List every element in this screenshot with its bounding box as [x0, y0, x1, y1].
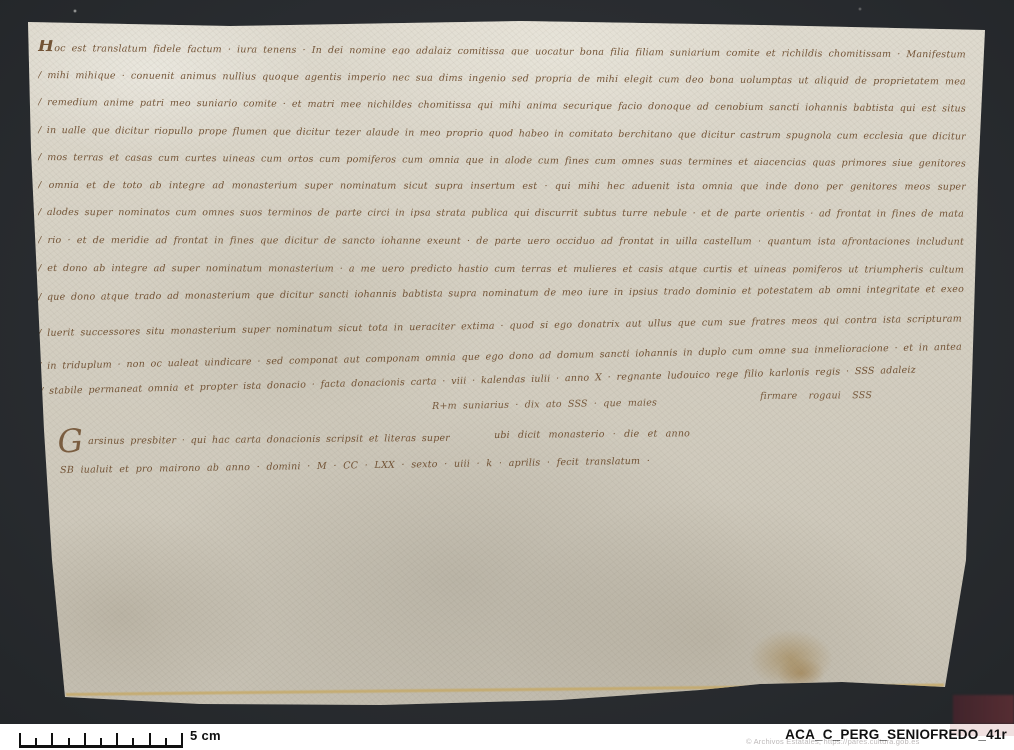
footer-bar: © Archivos Estatales, https://pares.cult… — [0, 724, 1014, 750]
manuscript-line: / que dono atque trado ad monasterium qu… — [38, 284, 964, 304]
scale-tick — [19, 733, 21, 745]
manuscript-line: / in ualle que dicitur riopullo prope fl… — [38, 125, 966, 143]
manuscript-line: Hoc est translatum fidele factum · iura … — [38, 40, 966, 58]
scale-tick — [51, 733, 53, 745]
manuscript-line: / mihi mihique · conuenit animus nullius… — [38, 70, 966, 88]
manuscript-line: / mos terras et casas cum curtes uineas … — [38, 152, 966, 170]
scale-label: 5 cm — [190, 728, 221, 743]
scribe-subscription: arsinus presbiter · qui hac carta donaci… — [88, 433, 450, 448]
red-color-patch — [953, 695, 1014, 724]
scale-tick — [165, 738, 167, 745]
scale-tick — [35, 738, 37, 745]
parchment-document: Hoc est translatum fidele factum · iura … — [0, 0, 1014, 724]
scale-tick — [149, 733, 151, 745]
manuscript-line: / omnia et de toto ab integre ad monaste… — [38, 180, 966, 194]
scale-tick — [116, 733, 118, 745]
scale-tick — [181, 733, 183, 745]
notary-subscription: SB iualuit et pro mairono ab anno · domi… — [60, 456, 650, 477]
manuscript-line: / alodes super nominatos cum omnes suos … — [38, 207, 964, 221]
parchment-bottom-edge — [66, 683, 944, 696]
signature-right: firmare rogaui SSS — [760, 390, 872, 403]
scale-tick — [68, 738, 70, 745]
scribe-note: ubi dicit monasterio · die et anno quod … — [494, 428, 690, 442]
manuscript-line: / remedium anime patri meo suniario comi… — [38, 97, 966, 115]
photo-background: Hoc est translatum fidele factum · iura … — [0, 0, 1014, 724]
scale-tick — [132, 738, 134, 745]
manuscript-line: / luerit successores situ monasterium su… — [38, 313, 962, 340]
signature-line: R+m suniarius · dix ato SSS · que maies … — [432, 397, 657, 413]
manuscript-line: / rio · et de meridie ad frontat in fine… — [38, 235, 964, 249]
scale-tick — [100, 738, 102, 745]
scale-tick — [84, 733, 86, 745]
reference-label: ACA_C_PERG_SENIOFREDO_41r — [785, 727, 1007, 742]
scale-bar — [19, 729, 183, 748]
manuscript-line: / et dono ab integre ad super nominatum … — [38, 263, 964, 277]
